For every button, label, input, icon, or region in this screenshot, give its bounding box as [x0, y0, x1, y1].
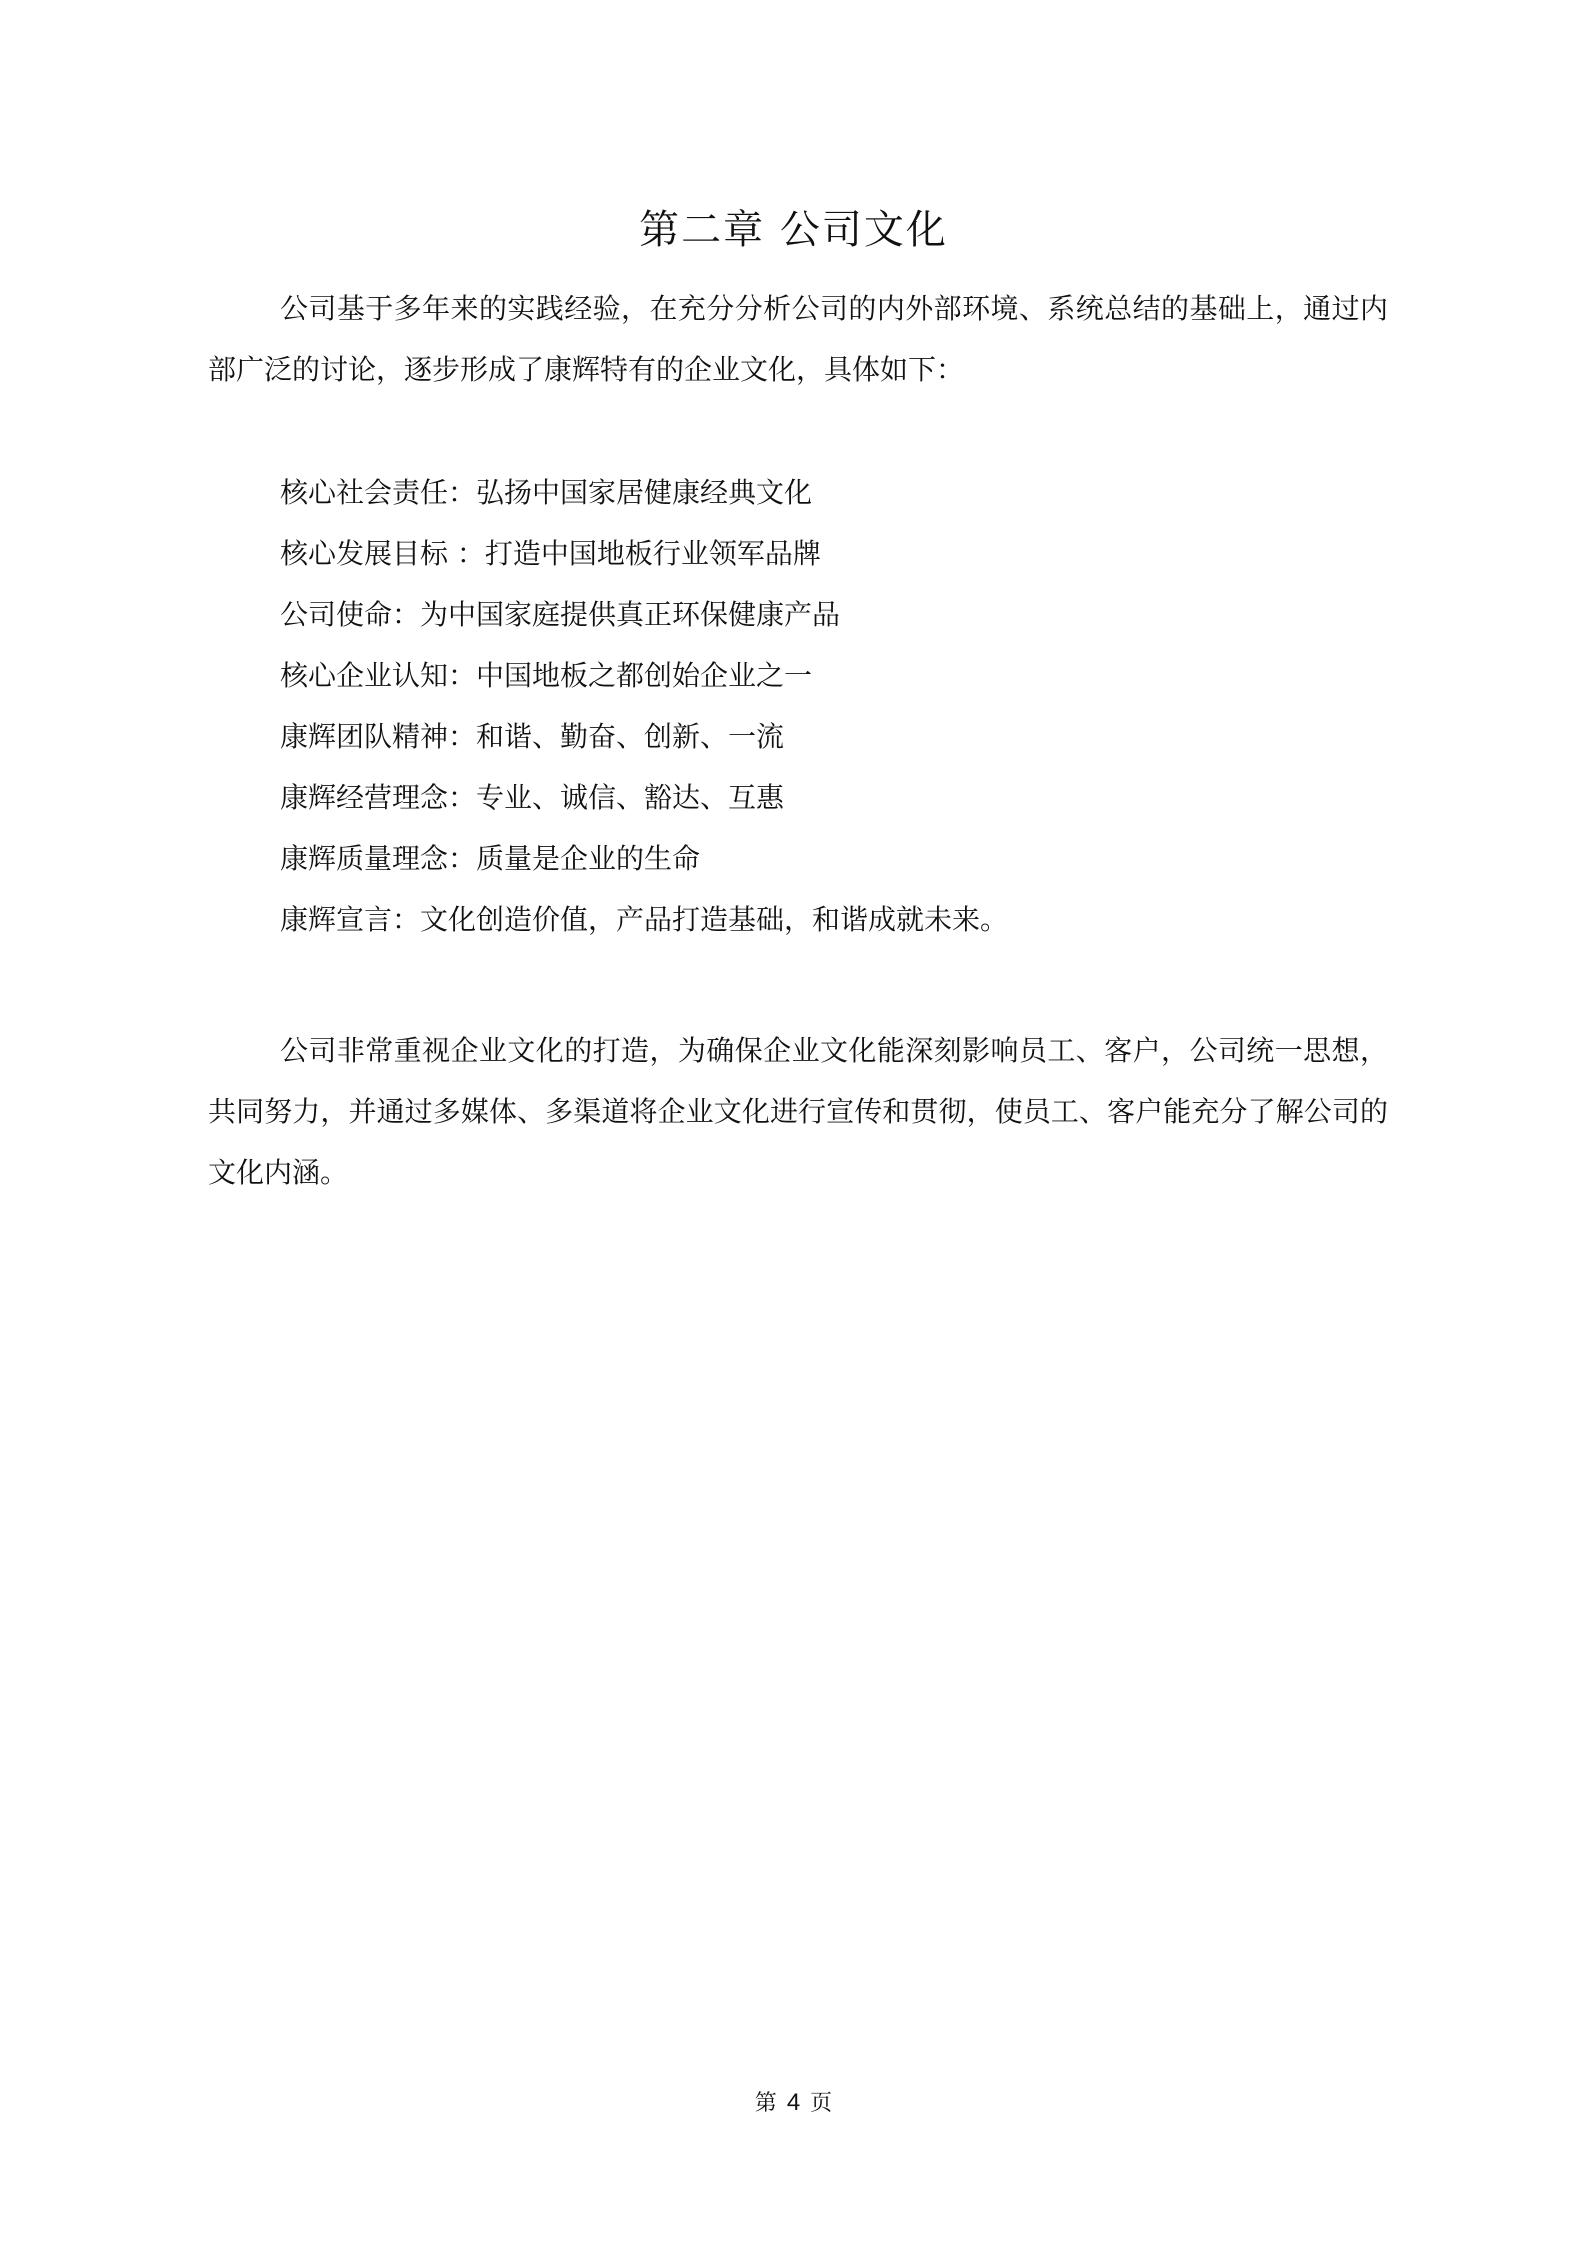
closing-paragraph: 公司非常重视企业文化的打造，为确保企业文化能深刻影响员工、客户，公司统一思想，共… [208, 1020, 1388, 1203]
culture-item-label: 核心社会责任 [280, 476, 448, 509]
culture-item-separator: ： [448, 720, 476, 753]
culture-item-value: 专业、诚信、豁达、互惠 [476, 781, 784, 814]
page-number-suffix: 页 [810, 2091, 832, 2116]
culture-items-list: 核心社会责任：弘扬中国家居健康经典文化 核心发展目标 ：打造中国地板行业领军品牌… [280, 462, 1008, 950]
page-number: 4 [787, 2089, 800, 2116]
culture-item-label: 公司使命 [280, 598, 392, 631]
page-footer: 第4页 [0, 2088, 1587, 2119]
culture-item-separator: ： [392, 903, 420, 936]
culture-item-separator: ： [448, 781, 476, 814]
culture-item-label: 康辉质量理念 [280, 842, 448, 875]
culture-item-value: 文化创造价值，产品打造基础，和谐成就未来。 [420, 903, 1008, 936]
culture-item: 康辉团队精神：和谐、勤奋、创新、一流 [280, 706, 1008, 767]
culture-item-separator: ： [448, 842, 476, 875]
culture-item-label: 康辉宣言 [280, 903, 392, 936]
culture-item-label: 康辉团队精神 [280, 720, 448, 753]
culture-item-value: 中国地板之都创始企业之一 [476, 659, 812, 692]
page-number-prefix: 第 [755, 2091, 777, 2116]
culture-item-separator: ： [392, 598, 420, 631]
culture-item: 康辉宣言：文化创造价值，产品打造基础，和谐成就未来。 [280, 889, 1008, 950]
culture-item-separator: ： [457, 537, 485, 570]
culture-item: 康辉质量理念：质量是企业的生命 [280, 828, 1008, 889]
intro-paragraph: 公司基于多年来的实践经验，在充分分析公司的内外部环境、系统总结的基础上，通过内部… [208, 278, 1388, 400]
culture-item-value: 和谐、勤奋、创新、一流 [476, 720, 784, 753]
culture-item-value: 打造中国地板行业领军品牌 [485, 537, 821, 570]
culture-item-value: 为中国家庭提供真正环保健康产品 [420, 598, 840, 631]
culture-item-label: 康辉经营理念 [280, 781, 448, 814]
culture-item-label: 核心企业认知 [280, 659, 448, 692]
culture-item-value: 质量是企业的生命 [476, 842, 700, 875]
culture-item-value: 弘扬中国家居健康经典文化 [476, 476, 812, 509]
culture-item-separator: ： [448, 476, 476, 509]
culture-item-separator: ： [448, 659, 476, 692]
culture-item: 公司使命：为中国家庭提供真正环保健康产品 [280, 584, 1008, 645]
culture-item-label: 核心发展目标 [280, 537, 457, 570]
document-page: 第二章 公司文化 公司基于多年来的实践经验，在充分分析公司的内外部环境、系统总结… [0, 0, 1587, 2245]
chapter-title: 第二章 公司文化 [0, 200, 1587, 260]
culture-item: 核心发展目标 ：打造中国地板行业领军品牌 [280, 523, 1008, 584]
culture-item: 核心企业认知：中国地板之都创始企业之一 [280, 645, 1008, 706]
culture-item: 康辉经营理念：专业、诚信、豁达、互惠 [280, 767, 1008, 828]
culture-item: 核心社会责任：弘扬中国家居健康经典文化 [280, 462, 1008, 523]
